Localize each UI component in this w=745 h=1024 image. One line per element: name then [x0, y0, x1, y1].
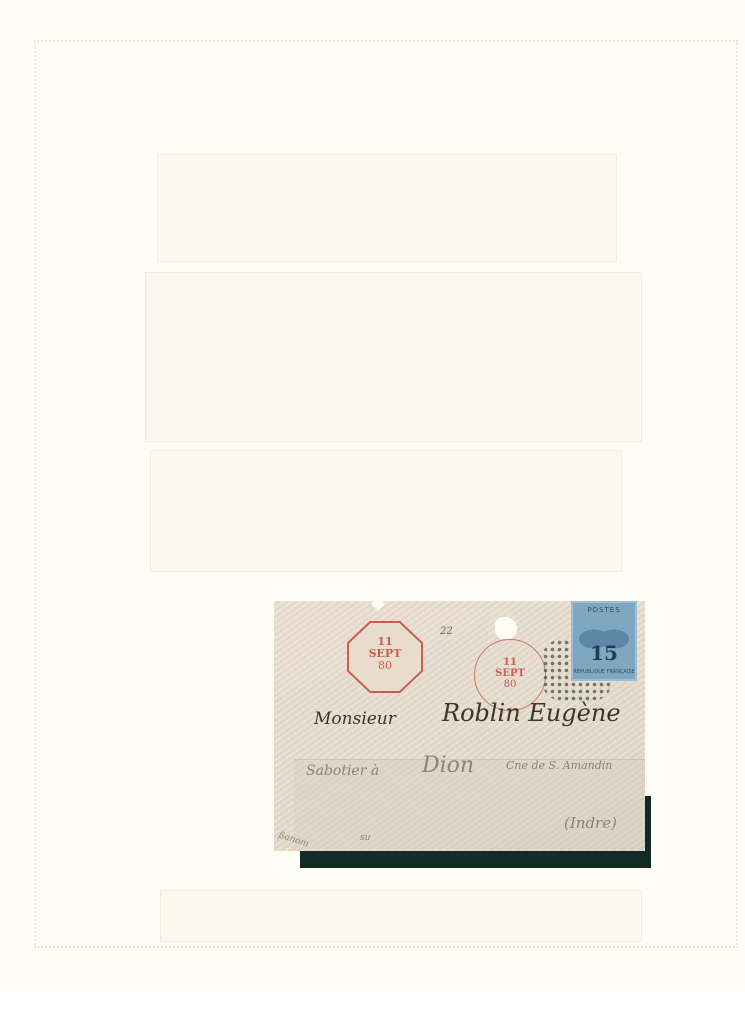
scan-margin — [0, 992, 745, 1024]
envelope-cover: 22 11 SEPT 80 11 SEPT 80 POSTES 15 REPUB… — [274, 601, 645, 851]
ghost-mount-2 — [145, 272, 642, 442]
address-salutation: Monsieur — [314, 709, 396, 729]
stamp-header: POSTES — [573, 606, 635, 614]
paper-tear — [495, 617, 517, 639]
ghost-mount-4 — [160, 890, 642, 942]
address-town: Dion — [422, 753, 474, 778]
address-occupation: Sabotier à — [306, 763, 379, 779]
address-name: Roblin Eugène — [442, 699, 621, 727]
stamp-footer: REPUBLIQUE FRANÇAISE — [573, 669, 635, 675]
stamp-value: 15 — [573, 641, 635, 665]
address-department: (Indre) — [564, 814, 617, 832]
postage-stamp: POSTES 15 REPUBLIQUE FRANÇAISE — [571, 601, 637, 681]
margin-note-2: su — [360, 833, 370, 843]
postmark-right-month: SEPT — [480, 668, 540, 679]
postmark-left-year: 80 — [355, 659, 415, 672]
address-commune: Cne de S. Amandin — [506, 759, 612, 772]
tear-notch — [371, 601, 385, 611]
postmark-right-day: 11 — [480, 657, 540, 668]
postmark-right-year: 80 — [480, 679, 540, 690]
pencil-number: 22 — [440, 626, 453, 637]
ghost-mount-1 — [157, 154, 617, 262]
ghost-mount-3 — [150, 450, 622, 572]
